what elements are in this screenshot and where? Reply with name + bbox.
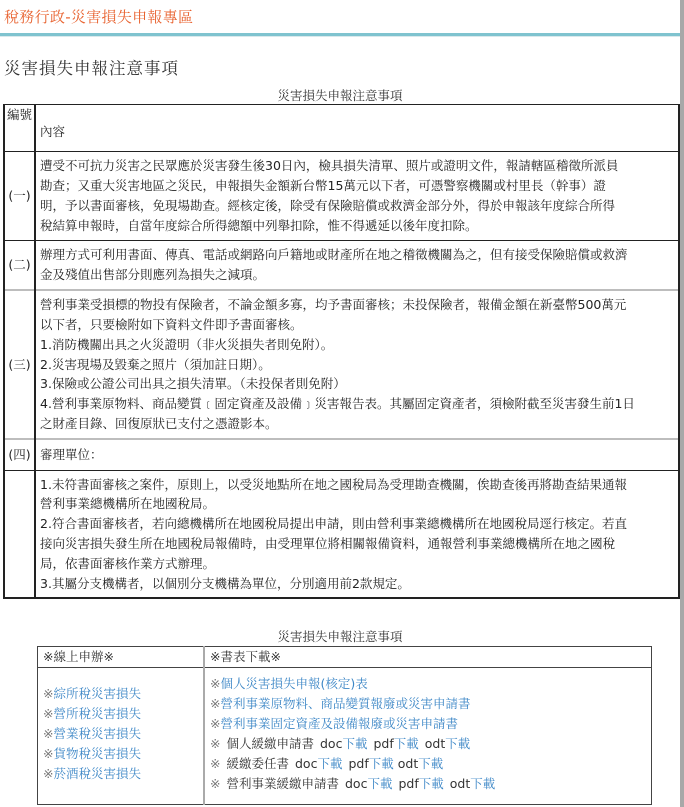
online-filing-item: ※營業稅災害損失	[43, 724, 198, 744]
download-odt-link[interactable]: 下載	[470, 776, 495, 791]
text-line: 營利事業總機構所在地國稅局。	[40, 494, 674, 514]
format-label-odt: odt	[398, 756, 418, 771]
reference-mark: ※	[210, 756, 220, 771]
download-odt-link[interactable]: 下載	[445, 736, 470, 751]
text-line: 辦理方式可利用書面、傳真、電話或網路向戶籍地或財產所在地之稽徵機關為之，但有接受…	[40, 245, 674, 265]
table-row: (四) 審理單位：	[4, 439, 679, 471]
form-name: 營利事業緩繳申請書	[226, 776, 339, 791]
site-title: 稅務行政-災害損失申報專區	[4, 6, 193, 27]
row-content: 審理單位：	[35, 439, 679, 471]
link-raw-material-scrap-form[interactable]: 營利事業原物料、商品變質報廢或災害申請書	[220, 696, 470, 711]
row-number: (三)	[4, 290, 35, 439]
link-fixed-asset-scrap-form[interactable]: 營利事業固定資產及設備報廢或災害申請書	[220, 716, 458, 731]
online-filing-item: ※營所稅災害損失	[43, 704, 198, 724]
reference-mark: ※	[210, 716, 220, 731]
row-content: 營利事業受損標的物投有保險者，不論金額多寡，均予書面審核；未投保險者，報備金額在…	[35, 290, 679, 439]
links-table-body: ※綜所稅災害損失 ※營所稅災害損失 ※營業稅災害損失 ※貨物稅災害損失 ※菸酒稅…	[38, 668, 652, 805]
reference-mark: ※	[210, 676, 220, 691]
format-label-doc: doc	[345, 776, 367, 791]
column-header-number: 編號	[4, 105, 35, 152]
column-header-content: 內容	[35, 105, 679, 152]
text-line: 3.保險或公證公司出具之損失清單。（未投保者則免附）	[40, 374, 674, 394]
format-label-odt: odt	[425, 736, 445, 751]
row-number: (二)	[4, 241, 35, 291]
reference-mark: ※	[210, 776, 220, 791]
text-line: 遭受不可抗力災害之民眾應於災害發生後30日內，檢具損失清單、照片或證明文件，報請…	[40, 156, 674, 176]
row-number	[4, 471, 35, 599]
online-filing-item: ※貨物稅災害損失	[43, 744, 198, 764]
reference-mark: ※	[43, 706, 53, 721]
download-odt-link[interactable]: 下載	[418, 756, 443, 771]
link-income-tax-disaster-loss[interactable]: 綜所稅災害損失	[53, 686, 141, 701]
links-table-header: ※線上申辦※ ※書表下載※	[38, 647, 652, 668]
download-pdf-link[interactable]: 下載	[419, 776, 444, 791]
reference-mark: ※	[210, 736, 220, 751]
text-line: 接向災害損失發生所在地國稅局報備時，由受理單位將相關報備資料，通報營利事業總機構…	[40, 534, 674, 554]
download-pdf-link[interactable]: 下載	[394, 736, 419, 751]
link-individual-disaster-loss-form[interactable]: 個人災害損失申報(核定)表	[220, 676, 367, 691]
table-row: (三) 營利事業受損標的物投有保險者，不論金額多寡，均予書面審核；未投保險者，報…	[4, 290, 679, 439]
text-line: 勘查；又重大災害地區之災民，申報損失金額新台幣15萬元以下者，可憑警察機關或村里…	[40, 176, 674, 196]
reference-mark: ※	[43, 766, 53, 781]
table-row: 1.未符書面審核之案件，原則上，以受災地點所在地之國稅局為受理勘查機關，俟勘查後…	[4, 471, 679, 599]
title-divider	[0, 33, 680, 37]
link-commodity-tax-disaster-loss[interactable]: 貨物稅災害損失	[53, 746, 141, 761]
form-download-item: ※個人緩繳申請書doc下載pdf下載odt下載	[210, 734, 646, 754]
text-line: 2.符合書面審核者，若向總機構所在地國稅局提出申請，則由營利事業總機構所在地國稅…	[40, 514, 674, 534]
text-line: 4.營利事業原物料、商品變質﹝固定資產及設備﹞災害報告表。其屬固定資產者，須檢附…	[40, 394, 674, 414]
download-doc-link[interactable]: 下載	[367, 776, 392, 791]
text-line: 局，依書面審核作業方式辦理。	[40, 554, 674, 574]
scrollbar[interactable]	[680, 0, 684, 807]
text-line: 明，予以書面審核，免現場勘查。經核定後，除受有保險賠償或救濟金部分外，得於申報該…	[40, 196, 674, 216]
link-business-tax-disaster-loss[interactable]: 營業稅災害損失	[53, 726, 141, 741]
download-doc-link[interactable]: 下載	[317, 756, 342, 771]
table-row: (二) 辦理方式可利用書面、傳真、電話或網路向戶籍地或財產所在地之稽徵機關為之，…	[4, 241, 679, 291]
format-label-doc: doc	[295, 756, 317, 771]
form-download-list: ※個人災害損失申報(核定)表 ※營利事業原物料、商品變質報廢或災害申請書 ※營利…	[204, 668, 652, 805]
download-doc-link[interactable]: 下載	[342, 736, 367, 751]
format-label-pdf: pdf	[373, 736, 393, 751]
notice-table: 編號 內容 (一) 遭受不可抗力災害之民眾應於災害發生後30日內，檢具損失清單、…	[3, 104, 680, 599]
link-business-income-tax-disaster-loss[interactable]: 營所稅災害損失	[53, 706, 141, 721]
row-content: 辦理方式可利用書面、傳真、電話或網路向戶籍地或財產所在地之稽徵機關為之，但有接受…	[35, 241, 679, 291]
form-link-item: ※營利事業原物料、商品變質報廢或災害申請書	[210, 694, 646, 714]
reference-mark: ※	[43, 726, 53, 741]
form-name: 緩繳委任書	[226, 756, 289, 771]
page: 稅務行政-災害損失申報專區 災害損失申報注意事項 災害損失申報注意事項 編號 內…	[0, 0, 680, 807]
text-line: 之財產目錄、回復原狀已支付之憑證影本。	[40, 414, 674, 434]
format-label-pdf: pdf	[398, 776, 418, 791]
links-table-caption: 災害損失申報注意事項	[0, 627, 680, 645]
reference-mark: ※	[43, 746, 53, 761]
reference-mark: ※	[43, 686, 53, 701]
links-table: ※線上申辦※ ※書表下載※ ※綜所稅災害損失 ※營所稅災害損失 ※營業稅災害損失…	[37, 646, 652, 805]
notice-table-header: 編號 內容	[4, 105, 679, 152]
text-line: 3.其屬分支機構者，以個別分支機構為單位，分別適用前2款規定。	[40, 574, 674, 594]
form-download-header: ※書表下載※	[204, 647, 652, 668]
page-heading: 災害損失申報注意事項	[4, 55, 179, 79]
text-line: 審理單位：	[40, 445, 674, 465]
form-name: 個人緩繳申請書	[226, 736, 314, 751]
row-content: 1.未符書面審核之案件，原則上，以受災地點所在地之國稅局為受理勘查機關，俟勘查後…	[35, 471, 679, 599]
format-label-doc: doc	[320, 736, 342, 751]
format-label-odt: odt	[450, 776, 470, 791]
row-number: (一)	[4, 152, 35, 241]
format-label-pdf: pdf	[348, 756, 368, 771]
form-download-item: ※緩繳委任書doc下載pdf下載 odt下載	[210, 754, 646, 774]
download-pdf-link[interactable]: 下載	[369, 756, 394, 771]
online-filing-header: ※線上申辦※	[38, 647, 205, 668]
form-link-item: ※營利事業固定資產及設備報廢或災害申請書	[210, 714, 646, 734]
form-link-item: ※個人災害損失申報(核定)表	[210, 674, 646, 694]
text-line: 2.災害現場及毀棄之照片（須加註日期）。	[40, 355, 674, 375]
reference-mark: ※	[210, 696, 220, 711]
text-line: 1.消防機關出具之火災證明（非火災損失者則免附）。	[40, 335, 674, 355]
text-line: 1.未符書面審核之案件，原則上，以受災地點所在地之國稅局為受理勘查機關，俟勘查後…	[40, 475, 674, 495]
text-line: 以下者，只要檢附如下資料文件即予書面審核。	[40, 315, 674, 335]
form-download-item: ※營利事業緩繳申請書doc下載pdf下載odt下載	[210, 774, 646, 794]
row-number: (四)	[4, 439, 35, 471]
online-filing-item: ※綜所稅災害損失	[43, 684, 198, 704]
text-line: 金及殘值出售部分則應列為損失之減項。	[40, 265, 674, 285]
online-filing-list: ※綜所稅災害損失 ※營所稅災害損失 ※營業稅災害損失 ※貨物稅災害損失 ※菸酒稅…	[38, 668, 205, 805]
notice-table-caption: 災害損失申報注意事項	[0, 86, 680, 104]
row-content: 遭受不可抗力災害之民眾應於災害發生後30日內，檢具損失清單、照片或證明文件，報請…	[35, 152, 679, 241]
table-row: (一) 遭受不可抗力災害之民眾應於災害發生後30日內，檢具損失清單、照片或證明文…	[4, 152, 679, 241]
text-line: 營利事業受損標的物投有保險者，不論金額多寡，均予書面審核；未投保險者，報備金額在…	[40, 295, 674, 315]
link-tobacco-alcohol-tax-disaster-loss[interactable]: 菸酒稅災害損失	[53, 766, 141, 781]
text-line: 稅結算申報時，自當年度綜合所得總額中列舉扣除，惟不得遞延以後年度扣除。	[40, 216, 674, 236]
online-filing-item: ※菸酒稅災害損失	[43, 764, 198, 784]
